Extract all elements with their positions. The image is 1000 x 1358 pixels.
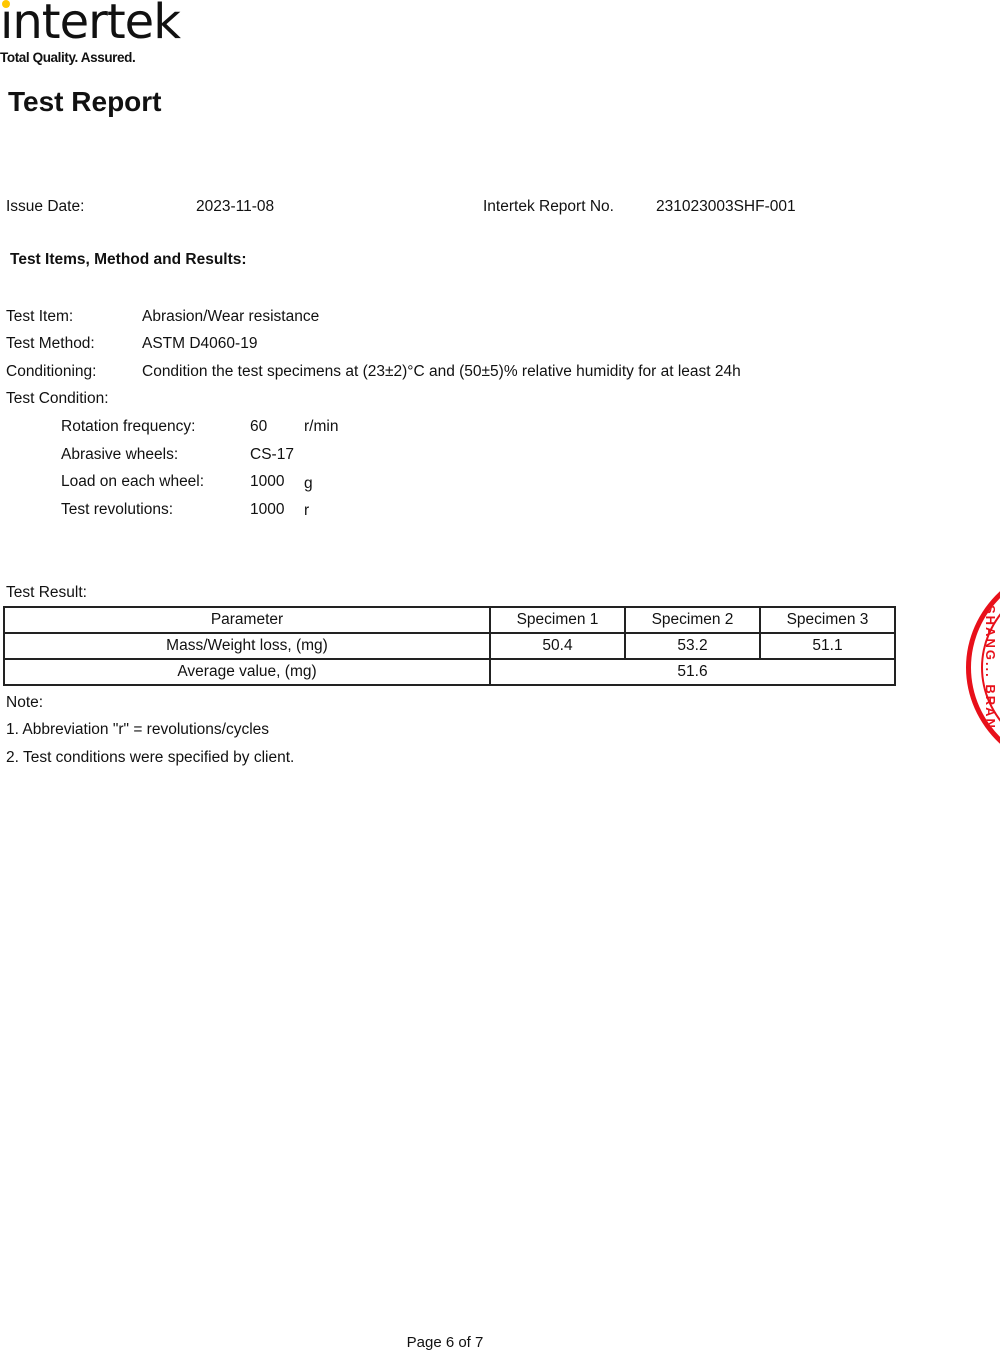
table-row: Mass/Weight loss, (mg) 50.4 53.2 51.1 bbox=[4, 633, 895, 659]
cell-value: 53.2 bbox=[625, 633, 760, 659]
condition-value: 60 bbox=[250, 418, 267, 436]
intertek-logo: intertek Total Quality. Assured. bbox=[0, 0, 210, 70]
company-seal-stamp: SHANG... BRANC... bbox=[966, 560, 1000, 775]
condition-unit: r/min bbox=[304, 418, 338, 436]
condition-label: Load on each wheel: bbox=[61, 473, 204, 491]
condition-value: 1000 bbox=[250, 501, 284, 519]
test-item-value: Abrasion/Wear resistance bbox=[142, 308, 319, 326]
table-row: Average value, (mg) 51.6 bbox=[4, 659, 895, 685]
test-item-label: Test Item: bbox=[6, 308, 73, 326]
condition-value: CS-17 bbox=[250, 446, 294, 464]
table-header-row: Parameter Specimen 1 Specimen 2 Specimen… bbox=[4, 607, 895, 633]
results-table: Parameter Specimen 1 Specimen 2 Specimen… bbox=[3, 606, 896, 686]
row-label: Average value, (mg) bbox=[4, 659, 490, 685]
condition-label: Abrasive wheels: bbox=[61, 446, 178, 464]
logo-tagline: Total Quality. Assured. bbox=[0, 50, 135, 65]
condition-value: 1000 bbox=[250, 473, 284, 491]
test-method-value: ASTM D4060-19 bbox=[142, 335, 257, 353]
logo-wordmark: intertek bbox=[0, 0, 180, 50]
condition-unit: g bbox=[304, 475, 313, 493]
note-item: 2. Test conditions were specified by cli… bbox=[6, 749, 294, 767]
report-no-label: Intertek Report No. bbox=[483, 198, 614, 216]
test-method-label: Test Method: bbox=[6, 335, 95, 353]
header-cell: Specimen 1 bbox=[490, 607, 625, 633]
cell-value: 51.1 bbox=[760, 633, 895, 659]
condition-unit: r bbox=[304, 502, 309, 520]
stamp-text: SHANG... BRANC... bbox=[983, 605, 998, 758]
test-result-label: Test Result: bbox=[6, 584, 87, 602]
note-label: Note: bbox=[6, 694, 43, 712]
average-value: 51.6 bbox=[490, 659, 895, 685]
page-number: Page 6 of 7 bbox=[0, 1334, 890, 1351]
header-cell: Specimen 3 bbox=[760, 607, 895, 633]
issue-date-label: Issue Date: bbox=[6, 198, 84, 216]
condition-label: Rotation frequency: bbox=[61, 418, 195, 436]
report-no-value: 231023003SHF-001 bbox=[656, 198, 796, 216]
test-condition-label: Test Condition: bbox=[6, 390, 109, 408]
header-cell: Parameter bbox=[4, 607, 490, 633]
note-item: 1. Abbreviation "r" = revolutions/cycles bbox=[6, 721, 269, 739]
header-cell: Specimen 2 bbox=[625, 607, 760, 633]
logo-dot-icon bbox=[2, 0, 10, 8]
section-heading: Test Items, Method and Results: bbox=[10, 251, 247, 269]
conditioning-value: Condition the test specimens at (23±2)°C… bbox=[142, 363, 741, 381]
report-title: Test Report bbox=[8, 86, 162, 118]
row-label: Mass/Weight loss, (mg) bbox=[4, 633, 490, 659]
condition-label: Test revolutions: bbox=[61, 501, 173, 519]
conditioning-label: Conditioning: bbox=[6, 363, 96, 381]
issue-date-value: 2023-11-08 bbox=[196, 198, 274, 216]
cell-value: 50.4 bbox=[490, 633, 625, 659]
